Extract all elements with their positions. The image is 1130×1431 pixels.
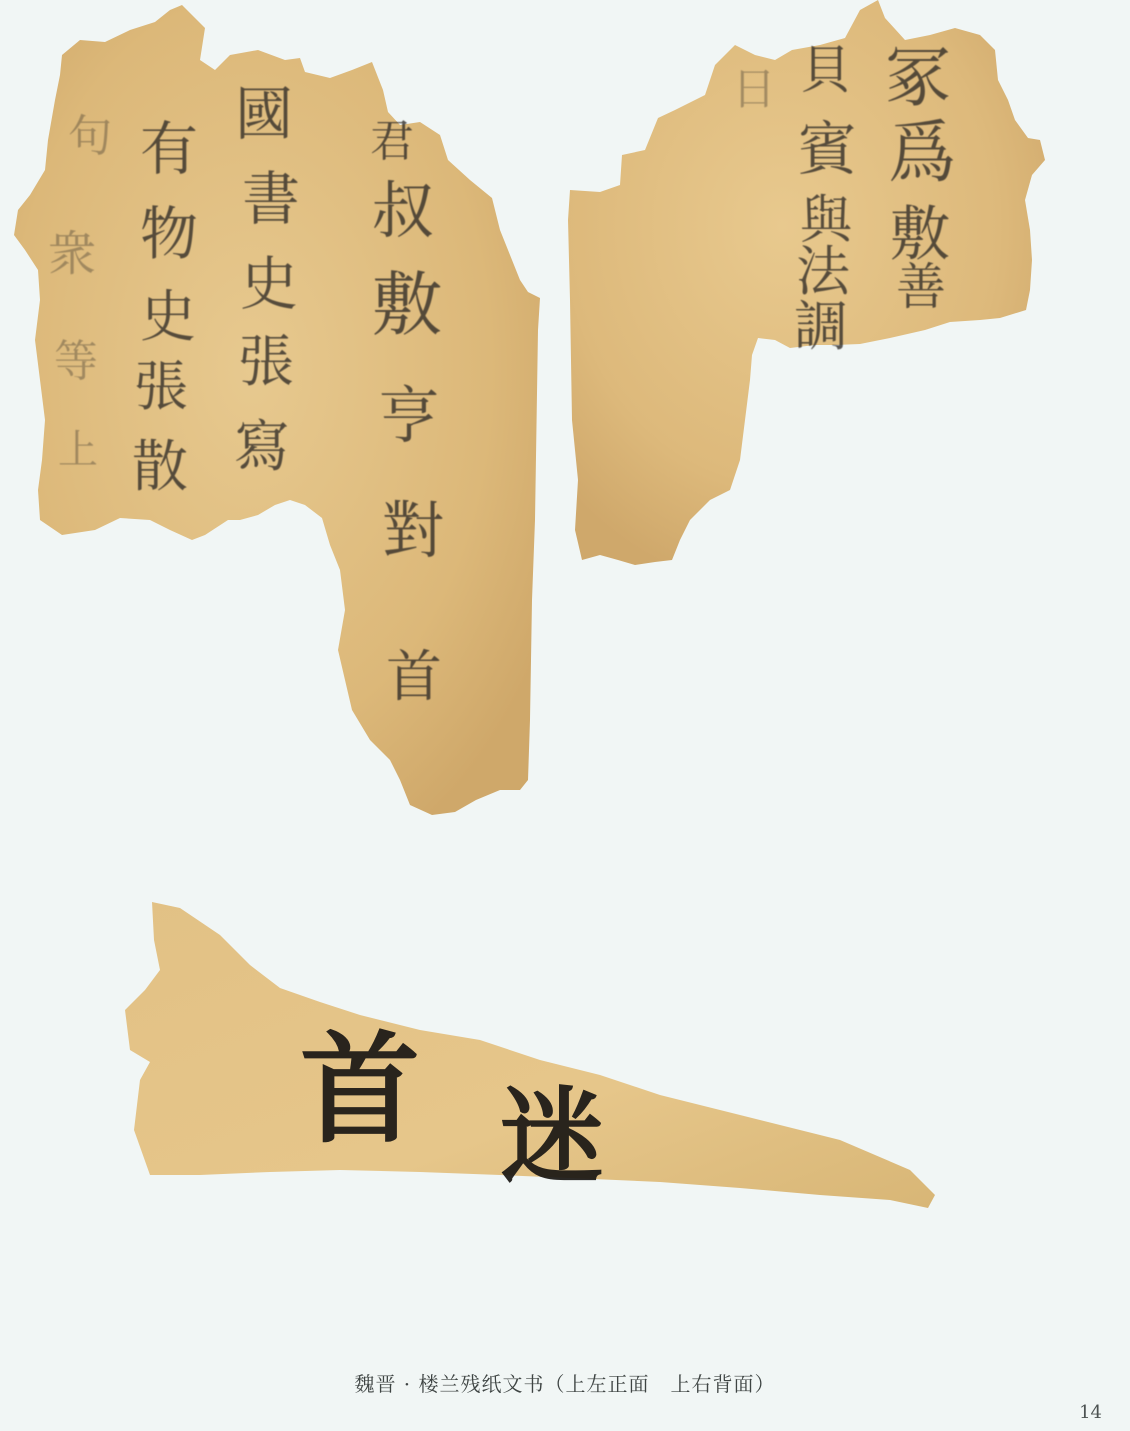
calligraphy-char: 君: [370, 120, 414, 164]
calligraphy-char: 叔: [372, 180, 434, 242]
calligraphy-char: 句: [68, 115, 112, 159]
calligraphy-char: 有: [140, 120, 198, 178]
calligraphy-char: 善: [896, 262, 946, 312]
calligraphy-char: 亨: [378, 385, 440, 447]
calligraphy-char: 張: [134, 360, 188, 414]
calligraphy-char: 爲: [888, 120, 956, 188]
calligraphy-char: 貝: [800, 45, 852, 97]
calligraphy-char: 張: [238, 335, 294, 391]
calligraphy-char: 首: [300, 1030, 420, 1150]
calligraphy-char: 首: [386, 650, 442, 706]
calligraphy-char: 史: [140, 290, 196, 346]
calligraphy-char: 迷: [500, 1085, 604, 1189]
calligraphy-char: 對: [382, 500, 444, 562]
calligraphy-char: 敷: [890, 205, 950, 265]
calligraphy-char: 書: [242, 170, 300, 228]
lower-paper-fragment: 首 迷: [120, 890, 960, 1220]
calligraphy-char: 上: [58, 430, 98, 470]
calligraphy-char: 散: [132, 440, 188, 496]
calligraphy-char: 法: [796, 245, 850, 299]
calligraphy-char: 物: [140, 205, 198, 263]
calligraphy-char: 冢: [885, 45, 951, 111]
calligraphy-char: 敷: [372, 270, 442, 340]
calligraphy-char: 賓: [798, 120, 856, 178]
page-number: 14: [1079, 1402, 1102, 1423]
calligraphy-char: 等: [54, 340, 98, 384]
figure-caption: 魏晋 · 楼兰残纸文书（上左正面 上右背面）: [0, 1368, 1130, 1397]
upper-left-paper-fragment: 句 衆 等 上 有 物 史 張 散 國 書 史 張 寫 君 叔 敷 亨 對 首: [0, 0, 560, 820]
calligraphy-char: 調: [794, 300, 848, 354]
calligraphy-char: 衆: [48, 230, 96, 278]
upper-right-paper-fragment: 日 貝 賓 與 法 調 冢 爲 敷 善: [560, 0, 1130, 820]
calligraphy-char: 國: [235, 85, 293, 143]
calligraphy-char: 日: [732, 68, 776, 112]
calligraphy-char: 寫: [234, 420, 290, 476]
calligraphy-char: 史: [240, 255, 298, 313]
